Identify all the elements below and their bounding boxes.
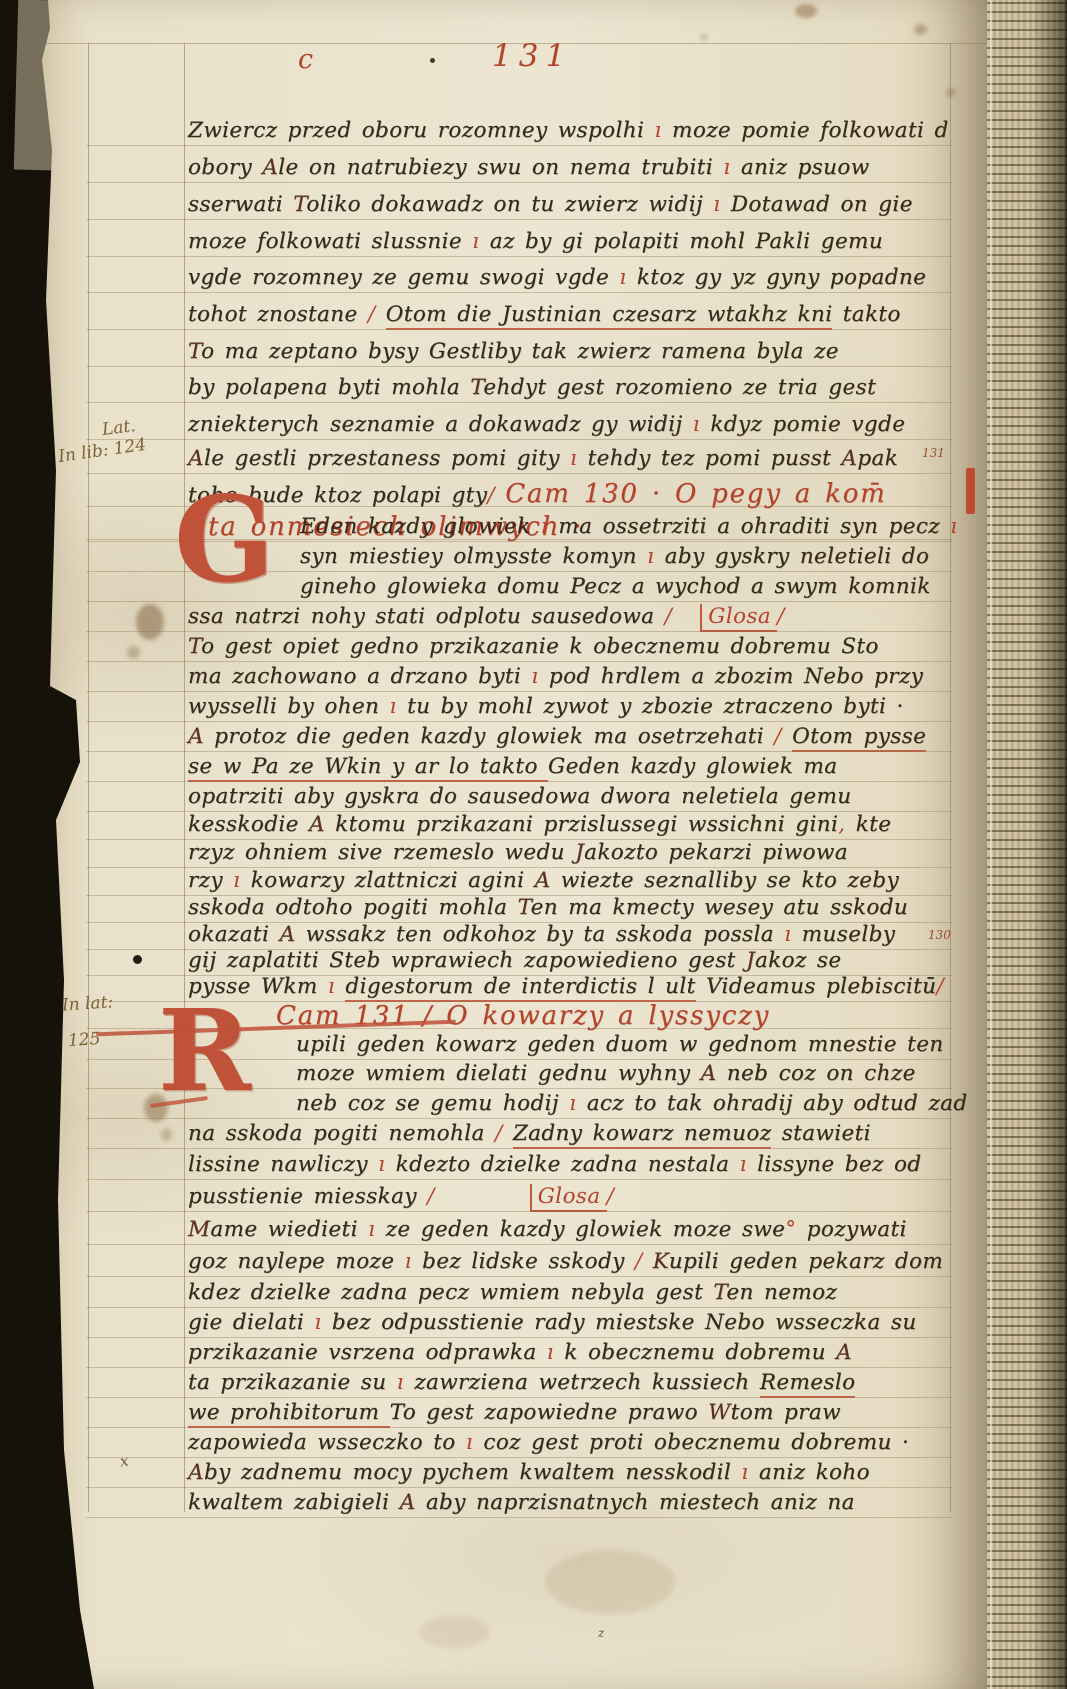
manuscript-line: Aby zadnemu mocy pychem kwaltem nesskodi… [188,1460,870,1485]
text-segment: ı [304,1310,332,1335]
manuscript-line: gij zaplatiti Steb wprawiech zapowiedien… [188,948,841,973]
ruling-line [86,1211,952,1212]
text-segment: obory [188,155,262,180]
text-segment: le gestli przestaness pomi gity [204,446,560,471]
text-segment: W [708,1400,731,1425]
manuscript-line: rzyz ohniem sive rzemeslo wedu Jakozto p… [188,840,848,865]
text-segment: Eden kazdy glowiek [300,514,531,539]
text-segment: A [400,1490,416,1515]
text-segment: / [427,1184,435,1209]
manuscript-line: ta przikazanie su ı zawrziena wetrzech k… [188,1370,855,1395]
text-segment: ame wiedieti [210,1217,357,1242]
text-segment: upili geden pekarz dom [669,1249,943,1274]
text-segment: Videamus plebiscitū [696,974,937,999]
text-segment: ı [318,974,346,999]
manuscript-line: moze folkowati slussnie ı az by gi polap… [188,229,883,254]
ruling-line [86,631,952,632]
ruling-line [86,1276,952,1277]
ruling-line [86,1148,952,1149]
text-segment: bez odpusstienie rady miestske Nebo wsse… [332,1310,917,1335]
text-segment: tohot znostane [188,302,368,327]
stain [545,1550,675,1614]
manuscript-line: ma zachowano a drzano byti ı pod hrdlem … [188,664,923,689]
text-segment: ı [387,1370,415,1395]
text-segment: T [518,895,531,920]
manuscript-line: se w Pa ze Wkin y ar lo takto Geden kazd… [188,754,837,779]
text-segment: vgde rozomney ze gemu swogi vgde [188,265,609,290]
stain [136,604,164,640]
left-margin-line [88,43,89,1512]
text-segment: przikazanie vsrzena odprawka [188,1340,537,1365]
text-segment: aniz koho [759,1460,870,1485]
text-segment: ı [394,1249,422,1274]
text-segment: ı [609,265,637,290]
manuscript-line: na sskoda pogiti nemohla / Zadny kowarz … [188,1121,871,1146]
text-segment: / [368,302,386,327]
ruling-line [86,402,952,403]
text-segment: wysselli by ohen [188,694,379,719]
text-segment: ı [637,544,665,569]
text-segment: ı [456,1430,484,1455]
text-segment: ta przikazanie su [188,1370,387,1395]
text-segment: M [188,1217,210,1242]
ruling-line [86,366,952,367]
manuscript-line: toho bude ktoz polapi gty/ Cam 130 · O p… [188,479,887,509]
text-segment: Otom die Justinian czesarz wtakhz kni [386,302,833,330]
text-segment: gie dielati [188,1310,304,1335]
manuscript-line: opatrziti aby gyskra do sausedowa dwora … [188,784,852,809]
text-segment: A [262,155,278,180]
text-segment: ı [379,694,407,719]
manuscript-line: sskoda odtoho pogiti mohla Ten ma kmecty… [188,895,908,920]
manuscript-line: przikazanie vsrzena odprawka ı k obeczne… [188,1340,852,1365]
text-segment: aniz psuow [741,155,870,180]
ruling-line [86,1337,952,1338]
text-right-frame-line [950,43,951,1512]
text-segment: okazati [188,922,280,947]
stain [161,1128,172,1141]
text-segment: ı [713,192,720,217]
text-segment: neb coz se gemu hodij [296,1091,559,1116]
ruling-line [86,292,952,293]
manuscript-line: gineho glowieka domu Pecz a wychod a swy… [300,574,931,599]
ruling-line [86,781,952,782]
text-segment: Zwiercz przed oboru rozomney wspolhi [188,118,644,143]
text-segment: A [701,1061,717,1086]
manuscript-line: Zwiercz przed oboru rozomney wspolhi ı m… [188,118,949,143]
manuscript-line: tohot znostane / Otom die Justinian czes… [188,302,901,327]
text-segment: opatrziti aby gyskra do sausedowa dwora … [188,784,852,809]
text-segment: goz naylepe moze [188,1249,394,1274]
text-segment: / [936,974,944,999]
text-segment: takto [832,302,900,327]
manuscript-line: okazati A wssakz ten odkohoz by ta sskod… [188,922,895,947]
text-segment: ° [785,1217,796,1242]
manuscript-line: wysselli by ohen ı tu by mohl zywot y zb… [188,694,904,719]
manuscript-line: vgde rozomney ze gemu swogi vgde ı ktoz … [188,265,926,290]
ruling-line [86,1457,952,1458]
text-segment: J [746,948,755,973]
text-segment: / [665,604,673,629]
text-segment: rzyz ohniem sive rzemeslo wedu [188,840,575,865]
ruling-line [86,1118,952,1119]
manuscript-line: lissine nawliczy ı kdezto dzielke zadna … [188,1152,921,1177]
text-segment: / [777,604,785,629]
text-segment: ı [713,155,741,180]
stain [700,34,708,40]
text-segment: digestorum de interdictis l ult [345,974,695,1002]
ruling-line [86,721,952,722]
manuscript-line: pysse Wkm ı digestorum de interdictis l … [188,974,944,999]
pen-mark: x [119,1451,130,1470]
ruling-line [86,751,952,752]
text-segment: Geden kazdy glowiek ma [548,754,837,779]
text-segment: A [836,1340,852,1365]
text-segment: T [293,192,306,217]
text-segment: Dotawad on gie [721,192,913,217]
text-segment: kto zeby [801,868,899,893]
manuscript-line: To ma zeptano bysy Gestliby tak zwierz r… [188,339,839,364]
text-segment: tu by mohl zywot y zbozie ztraczeno byti… [407,694,904,719]
pen-mark: z [598,1626,604,1640]
text-segment: upili geden kowarz geden duom w gednom m… [296,1032,944,1057]
text-left-frame-line [184,43,185,1512]
text-segment: ktomu przikazani przislussegi wssichni g… [325,812,838,837]
stain [420,1615,490,1649]
text-segment: K [653,1249,669,1274]
text-segment: zapowieda wsseczko to [188,1430,456,1455]
text-segment: / [774,724,792,749]
manuscript-line: sserwati Toliko dokawadz on tu zwierz wi… [188,192,913,217]
text-segment: lissyne bez od [757,1152,921,1177]
text-segment: zawrziena wetrzech kussiech [414,1370,760,1395]
ruling-line [86,256,952,257]
text-segment: sskoda odtoho pogiti mohla [188,895,518,920]
text-segment: coz gest proti obecznemu dobremu · [483,1430,909,1455]
ruling-line [86,1427,952,1428]
text-segment: kwaltem zabigieli [188,1490,400,1515]
manuscript-line: moze wmiem dielati gednu wyhny A neb coz… [296,1061,916,1086]
text-segment: se w Pa ze Wkin y ar lo takto [188,754,548,782]
text-segment: akoz se [755,948,842,973]
text-segment [791,868,801,893]
text-segment: ma zachowano a drzano byti [188,664,521,689]
manuscript-line: pusstienie miesskay /Glosa/ [188,1184,614,1209]
text-segment: ı [683,412,711,437]
ruling-line [86,1517,952,1518]
text-segment: moze pomie folkowati d [672,118,949,143]
margin-note: In lat: [61,992,113,1016]
text-segment: T [713,1280,726,1305]
manuscript-line: we prohibitorum To gest zapowiedne prawo… [188,1400,841,1425]
text-segment: gineho glowieka domu Pecz a wychod a swy… [300,574,931,599]
text-segment: / [607,1184,615,1209]
text-segment: Cam 130 · O pegy a kom̄ [505,479,886,509]
manuscript-line: obory Ale on natrubiezy swu on nema trub… [188,155,870,180]
text-segment: kesskodie [188,812,309,837]
text-segment: stawieti [771,1121,870,1146]
text-segment: k obecznemu dobremu [564,1340,836,1365]
text-segment: protoz die geden kazdy glowiek ma osetrz… [204,724,774,749]
illuminated-initial-G: G [174,494,275,586]
text-segment: ı [560,446,588,471]
text-segment: kte [846,812,892,837]
text-segment: aby naprzisnatnych miestech aniz na [416,1490,855,1515]
text-segment: Zadny kowarz nemuoz [513,1121,772,1149]
ink-dot [430,58,435,63]
text-segment: wssakz ten odkohoz by ta sskoda possla [295,922,774,947]
photograph-background: { "folio": { "section_letter": "c", "num… [0,0,1067,1689]
text-segment: pozywati [796,1217,906,1242]
text-segment: / [495,1121,513,1146]
manuscript-line: To gest opiet gedno przikazanie k obeczn… [188,634,879,659]
text-segment: oliko dokawadz on tu zwierz widij [306,192,713,217]
text-segment: A [188,1460,204,1485]
text-segment: acz to tak ohradij aby odtud zad [587,1091,968,1116]
text-segment: neb coz on chze [717,1061,916,1086]
text-segment: moze wmiem dielati gednu wyhny [296,1061,701,1086]
text-segment: ktoz gy yz gyny popadne [637,265,926,290]
text-segment: ı [462,229,490,254]
manuscript-line: syn miestiey olmysste komyn ı aby gyskry… [300,544,929,569]
ruling-line [86,182,952,183]
ruling-line [86,1487,952,1488]
text-segment: / [635,1249,653,1274]
manuscript-line: zapowieda wsseczko to ı coz gest proti o… [188,1430,909,1455]
text-segment: moze folkowati slussnie [188,229,462,254]
text-segment: le on natrubiezy swu on nema trubiti [278,155,713,180]
stain [914,24,927,35]
text-segment: syn miestiey olmysste komyn [300,544,637,569]
text-segment: muselby [802,922,896,947]
text-segment: ı [644,118,672,143]
folio-section-letter: c [298,44,313,75]
text-segment: ı [223,868,251,893]
text-segment: / [487,483,505,508]
text-segment: Glosa [530,1184,607,1212]
illuminated-initial-R: R [158,1008,251,1095]
text-segment: kdez dzielke zadna pecz wmiem nebyla ges… [188,1280,713,1305]
text-segment: ehdyt gest rozomieno ze tria gest [483,375,876,400]
text-segment: A [188,724,204,749]
manuscript-line: goz naylepe moze ı bez lidske sskody / K… [188,1249,943,1274]
manuscript-line: kesskodie A ktomu przikazani przislusseg… [188,812,891,837]
ruling-line [86,439,952,440]
text-segment: zniekterych seznamie a dokawadz gy widij [188,412,683,437]
text-segment: kdezto dzielke zadna nestala [396,1152,730,1177]
manuscript-line: Mame wiedieti ı ze geden kazdy glowiek m… [188,1217,907,1242]
text-segment: aby gyskry neletieli do [665,544,930,569]
ruling-line [86,1307,952,1308]
manuscript-line: A protoz die geden kazdy glowiek ma oset… [188,724,926,749]
ruling-line [86,219,952,220]
manuscript-line: kwaltem zabigieli A aby naprzisnatnych m… [188,1490,855,1515]
text-segment: A [309,812,325,837]
text-segment: lissine nawliczy [188,1152,368,1177]
text-segment: sserwati [188,192,293,217]
text-segment: by zadnemu mocy pychem kwaltem nesskodil [204,1460,731,1485]
text-segment: bez lidske sskody [422,1249,635,1274]
text-segment: we prohibitorum [188,1400,390,1428]
text-segment: Remeslo [760,1370,856,1398]
manuscript-line: gie dielati ı bez odpusstienie rady mies… [188,1310,917,1335]
ruling-line [86,1367,952,1368]
manuscript-line: zniekterych seznamie a dokawadz gy widij… [188,412,905,437]
text-segment: A [280,922,296,947]
ruling-line [86,1397,952,1398]
text-segment: by polapena byti mohla [188,375,470,400]
page-gap-highlight [990,0,992,1689]
rubric-mark [966,468,975,514]
folio-number: 131 [492,38,572,74]
text-segment: en nemoz [726,1280,837,1305]
text-segment: T [470,375,483,400]
text-segment: ı [531,514,559,539]
manuscript-line: ssa natrzi nohy stati odplotu sausedowa … [188,604,785,629]
text-segment: To gest zapowiedne prawo [390,1400,709,1425]
text-segment: kdyz pomie vgde [710,412,905,437]
ruling-line [86,691,952,692]
ruling-line [86,329,952,330]
margin-note: 131 [922,446,945,460]
text-segment: pod hrdlem a zbozim Nebo przy [549,664,923,689]
text-segment: A [535,868,551,893]
text-segment: na sskoda pogiti nemohla [188,1121,495,1146]
text-segment: gij zaplatiti Steb wprawiech zapowiedien… [188,948,746,973]
stain [127,646,140,659]
ruling-line [86,1244,952,1245]
text-segment: en ma kmecty wesey atu sskodu [531,895,909,920]
manuscript-line: kdez dzielke zadna pecz wmiem nebyla ges… [188,1280,837,1305]
manuscript-line: by polapena byti mohla Tehdyt gest rozom… [188,375,876,400]
text-segment: Glosa [700,604,777,632]
text-segment: ı [940,514,958,539]
text-segment: ı [358,1217,386,1242]
manuscript-line: Eden kazdy glowiek ı ma ossetrziti a ohr… [300,514,958,539]
text-segment: wiezte seznalliby se [551,868,792,893]
text-segment: T [188,339,201,364]
ruling-line [86,145,952,146]
text-segment: ze geden kazdy glowiek moze swe [386,1217,786,1242]
text-segment: pusstienie miesskay [188,1184,427,1209]
text-segment: T [188,634,201,659]
text-segment: ı [729,1152,757,1177]
text-segment: ı [537,1340,565,1365]
text-segment: ı [368,1152,396,1177]
fore-edge-of-leaves [987,0,1067,1689]
text-segment: tehdy tez pomi pusst [588,446,842,471]
ink-dot [133,955,142,964]
stain [946,88,956,97]
text-segment: ma ossetrziti a ohraditi syn pecz [558,514,940,539]
ruling-line [86,1179,952,1180]
text-segment: pak [857,446,898,471]
margin-note: 130 [928,928,951,942]
text-segment: rzy [188,868,223,893]
text-segment: ı [731,1460,759,1485]
text-segment: J [575,840,584,865]
text-segment: az by gi polapiti mohl Pakli gemu [490,229,883,254]
manuscript-line: upili geden kowarz geden duom w gednom m… [296,1032,944,1057]
text-segment: ı [559,1091,587,1116]
stain [144,1094,168,1122]
text-segment: A [841,446,857,471]
manuscript-line: Ale gestli przestaness pomi gity ı tehdy… [188,446,898,471]
text-segment: ı [774,922,802,947]
ruling-line [86,661,952,662]
manuscript-line: neb coz se gemu hodij ı acz to tak ohrad… [296,1091,968,1116]
text-segment: o ma zeptano bysy Gestliby tak zwierz ra… [201,339,839,364]
text-segment: kowarzy zlattniczi agini [251,868,535,893]
text-segment: tom praw [731,1400,841,1425]
manuscript-line: rzy ı kowarzy zlattniczi agini A wiezte … [188,868,899,893]
stain [795,4,817,18]
text-segment: , [838,812,845,837]
text-segment: ı [521,664,549,689]
text-segment: akozto pekarzi piwowa [584,840,848,865]
text-segment: o gest opiet gedno przikazanie k obeczne… [201,634,879,659]
manuscript-page: c 131 Zwiercz przed oboru rozomney wspol… [30,0,987,1689]
text-segment: Otom pysse [792,724,926,752]
text-segment: A [188,446,204,471]
